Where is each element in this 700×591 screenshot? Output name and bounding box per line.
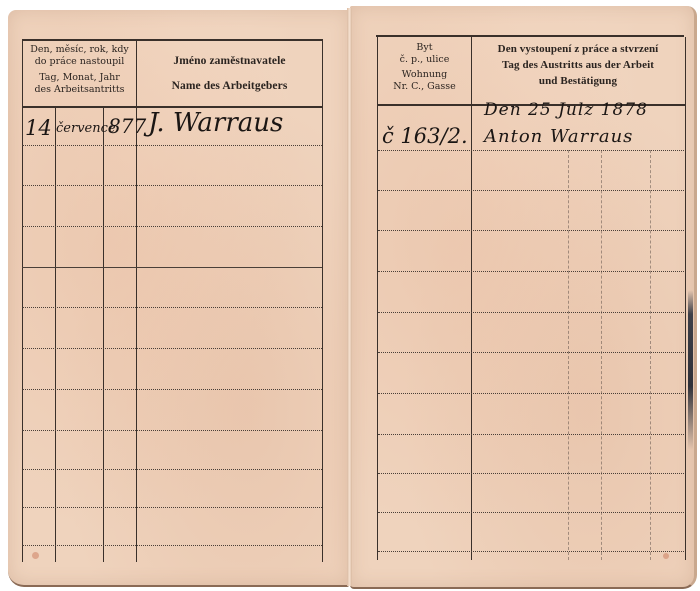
header-residence-de-line2: Nr. C., Gasse bbox=[378, 81, 471, 93]
header-cs-line1: Den, měsíc, rok, kdy bbox=[23, 44, 136, 56]
right-row-rule bbox=[378, 352, 684, 353]
entry-start-month: července bbox=[56, 121, 116, 136]
right-row-rule bbox=[378, 434, 684, 435]
left-row-rule bbox=[22, 145, 322, 146]
left-header-start-date: Den, měsíc, rok, kdy do práce nastoupil … bbox=[23, 44, 136, 96]
right-row-rule bbox=[378, 150, 684, 151]
entry-confirmation-signature: Anton Warraus bbox=[484, 126, 633, 147]
header-departure-de-line2: und Bestätigung bbox=[472, 73, 684, 89]
entry-residence: č 163/2. bbox=[382, 124, 468, 148]
book-spine bbox=[347, 8, 352, 586]
header-employer-de: Name des Arbeitgebers bbox=[137, 78, 322, 95]
left-row-rule bbox=[22, 348, 322, 349]
header-departure-de-line1: Tag des Austritts aus der Arbeit bbox=[472, 57, 684, 73]
left-row-rule bbox=[22, 267, 322, 268]
header-residence-cs-line2: č. p., ulice bbox=[378, 54, 471, 66]
header-residence-de-line1: Wohnung bbox=[378, 69, 471, 81]
right-row-rule bbox=[378, 512, 684, 513]
entry-start-day: 14 bbox=[25, 116, 52, 140]
header-residence-cs-line1: Byt bbox=[378, 42, 471, 54]
right-header-residence: Byt č. p., ulice Wohnung Nr. C., Gasse bbox=[378, 42, 471, 93]
left-col-divider-month bbox=[103, 107, 104, 562]
right-row-rule bbox=[378, 551, 684, 552]
entry-departure-date: Den 25 Julz 1878 bbox=[484, 100, 648, 120]
left-row-rule bbox=[22, 469, 322, 470]
entry-employer-name: J. Warraus bbox=[148, 108, 283, 138]
right-row-rule bbox=[378, 230, 684, 231]
header-employer-cs: Jméno zaměstnavatele bbox=[137, 53, 322, 70]
header-de-line1: Tag, Monat, Jahr bbox=[23, 72, 136, 84]
left-row-rule bbox=[22, 507, 322, 508]
left-row-rule bbox=[22, 226, 322, 227]
left-header-employer: Jméno zaměstnavatele Name des Arbeitgebe… bbox=[137, 53, 322, 95]
left-col-divider-year bbox=[136, 107, 137, 562]
entry-start-year: 877 bbox=[108, 114, 146, 138]
edge-stain bbox=[688, 290, 693, 450]
right-row-rule bbox=[378, 312, 684, 313]
header-de-line2: des Arbeitsantritts bbox=[23, 84, 136, 96]
right-row-rule bbox=[378, 473, 684, 474]
left-row-rule bbox=[22, 545, 322, 546]
right-faint-divider bbox=[568, 150, 569, 560]
left-row-rule bbox=[22, 307, 322, 308]
stain-spot bbox=[32, 552, 39, 559]
left-row-rule bbox=[22, 430, 322, 431]
left-row-rule bbox=[22, 389, 322, 390]
left-row-rule bbox=[22, 185, 322, 186]
header-departure-cs: Den vystoupení z práce a stvrzení bbox=[472, 41, 684, 57]
right-faint-divider bbox=[650, 150, 651, 560]
right-row-rule bbox=[378, 271, 684, 272]
left-col-divider-day bbox=[55, 107, 56, 562]
right-row-rule bbox=[378, 190, 684, 191]
right-row-rule bbox=[378, 393, 684, 394]
stain-spot bbox=[663, 553, 669, 559]
right-col-divider bbox=[471, 37, 472, 560]
header-cs-line2: do práce nastoupil bbox=[23, 56, 136, 68]
right-faint-divider bbox=[601, 150, 602, 560]
right-header-departure: Den vystoupení z práce a stvrzení Tag de… bbox=[472, 41, 684, 89]
